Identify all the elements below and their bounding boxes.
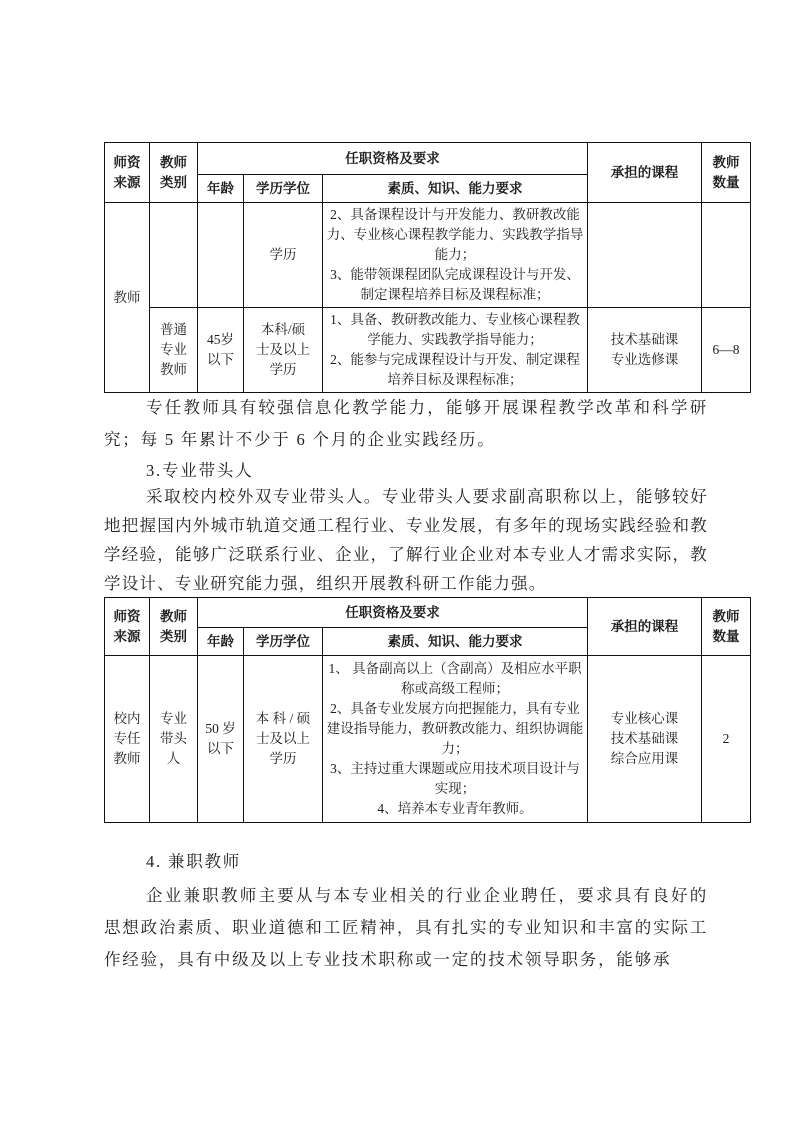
cell-courses (588, 203, 702, 308)
cell-age: 45岁 以下 (198, 308, 244, 393)
cell-requirements: 1、具备、教研教改能力、专业核心课程教学能力、实践教学指导能力； 2、能参与完成… (323, 308, 588, 393)
header-quality: 素质、知识、能力要求 (323, 175, 588, 203)
heading-parttime-teacher: 4. 兼职教师 (104, 847, 708, 877)
teacher-qualification-table-1: 师资 来源 教师 类别 任职资格及要求 承担的课程 教师 数量 年龄 学历学位 … (104, 142, 751, 393)
cell-courses: 专业核心课 技术基础课 综合应用课 (588, 656, 702, 823)
cell-count: 2 (702, 656, 751, 823)
header-age: 年龄 (198, 175, 244, 203)
cell-source: 教师 (105, 203, 150, 393)
header-degree: 学历学位 (244, 628, 323, 656)
document-page: 师资 来源 教师 类别 任职资格及要求 承担的课程 教师 数量 年龄 学历学位 … (0, 0, 794, 1123)
cell-age: 50 岁 以下 (198, 656, 244, 823)
cell-degree: 本科/硕 士及以上 学历 (244, 308, 323, 393)
paragraph-fulltime-teacher-note: 专任教师具有较强信息化教学能力，能够开展课程教学改革和科学研究；每 5 年累计不… (104, 392, 708, 456)
header-count: 教师 数量 (702, 143, 751, 203)
cell-requirements: 1、 具备副高以上（含副高）及相应水平职称或高级工程师； 2、具备专业发展方向把… (323, 656, 588, 823)
header-source: 师资 来源 (105, 143, 150, 203)
cell-degree: 本 科 / 硕 士及以上 学历 (244, 656, 323, 823)
cell-degree: 学历 (244, 203, 323, 308)
cell-courses: 技术基础课 专业选修课 (588, 308, 702, 393)
cell-source: 校内 专任 教师 (105, 656, 150, 823)
header-category: 教师 类别 (150, 598, 198, 656)
header-courses: 承担的课程 (588, 598, 702, 656)
header-quality: 素质、知识、能力要求 (323, 628, 588, 656)
header-qualification: 任职资格及要求 (198, 143, 588, 175)
header-count: 教师 数量 (702, 598, 751, 656)
cell-requirements: 2、具备课程设计与开发能力、教研教改能力、专业核心课程教学能力、实践教学指导能力… (323, 203, 588, 308)
cell-age (198, 203, 244, 308)
teacher-qualification-table-2: 师资 来源 教师 类别 任职资格及要求 承担的课程 教师 数量 年龄 学历学位 … (104, 597, 751, 823)
header-category: 教师 类别 (150, 143, 198, 203)
header-degree: 学历学位 (244, 175, 323, 203)
header-source: 师资 来源 (105, 598, 150, 656)
paragraph-professional-leader: 采取校内校外双专业带头人。专业带头人要求副高职称以上，能够较好地把握国内外城市轨… (104, 482, 708, 598)
header-age: 年龄 (198, 628, 244, 656)
paragraph-parttime-teacher: 企业兼职教师主要从与本专业相关的行业企业聘任，要求具有良好的思想政治素质、职业道… (104, 880, 708, 976)
cell-category (150, 203, 198, 308)
cell-category: 专业 带头 人 (150, 656, 198, 823)
cell-category: 普通 专业 教师 (150, 308, 198, 393)
header-courses: 承担的课程 (588, 143, 702, 203)
header-qualification: 任职资格及要求 (198, 598, 588, 628)
cell-count: 6—8 (702, 308, 751, 393)
cell-count (702, 203, 751, 308)
